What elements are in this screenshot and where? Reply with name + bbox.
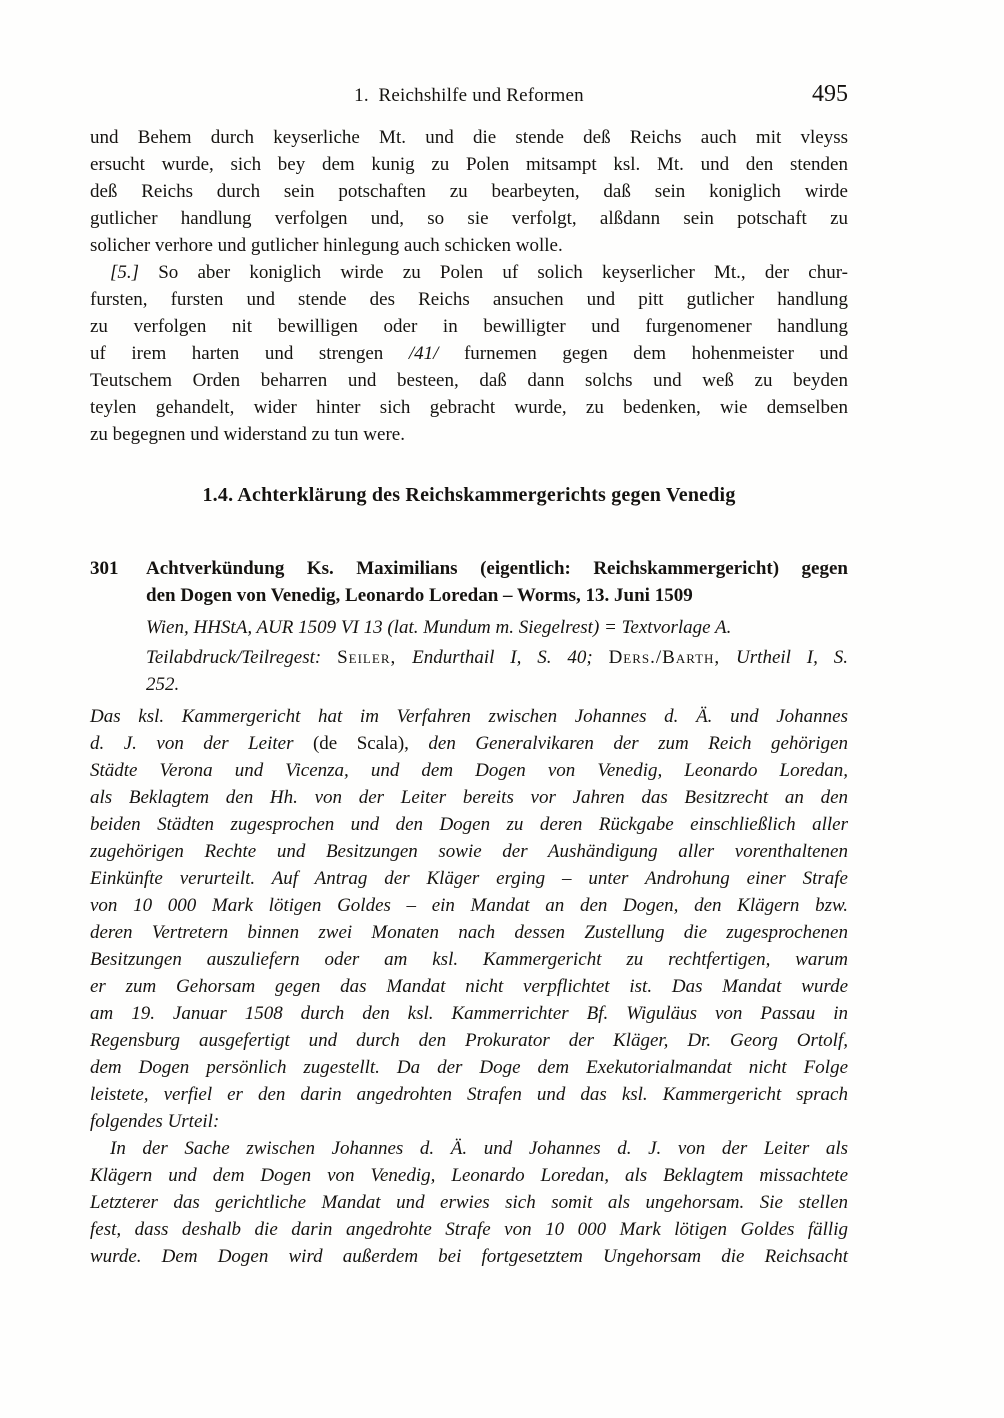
text-segment-sc: Ders./Barth, (609, 647, 721, 668)
text-line: folgendes Urteil: (90, 1108, 848, 1135)
text-segment: teylen gehandelt, wider hinter sich gebr… (90, 397, 848, 418)
text-segment: Wien, HHStA, AUR 1509 VI 13 (lat. Mundum… (146, 617, 731, 638)
text-line: am 19. Januar 1508 durch den ksl. Kammer… (90, 1000, 848, 1027)
text-segment: Achtverkündung Ks. Maximilians (eigentli… (146, 558, 848, 579)
text-segment: zugehörigen Rechte und Besitzungen sowie… (90, 841, 848, 862)
text-segment: uf irem harten und strengen (90, 343, 409, 364)
regest-paragraph: Das ksl. Kammergericht hat im Verfahren … (90, 703, 848, 1135)
text-segment: den Dogen von Venedig, Leonardo Loredan … (146, 585, 693, 606)
text-line: Letzterer das gerichtliche Mandat und er… (90, 1189, 848, 1216)
entry-number: 301 (90, 555, 119, 582)
text-segment: beiden Städten zugesprochen und den Doge… (90, 814, 848, 835)
text-segment: dem Dogen persönlich zugestellt. Da der … (90, 1057, 848, 1078)
text-line: und Behem durch keyserliche Mt. und die … (90, 124, 848, 151)
text-segment-r: (de Scala), (313, 733, 409, 754)
text-line: gutlicher handlung verfolgen und, so sie… (90, 205, 848, 232)
text-line: fursten, fursten und stende des Reichs a… (90, 286, 848, 313)
text-line: deren Vertretern binnen zwei Monaten nac… (90, 919, 848, 946)
text-segment: leistete, verfiel er den darin angedroht… (90, 1084, 848, 1105)
text-segment: den Generalvikaren der zum Reich gehörig… (409, 733, 848, 754)
running-title: 1. Reichshilfe und Reformen (90, 84, 848, 108)
text-line: Teilabdruck/Teilregest: Seiler, Endurtha… (146, 644, 848, 671)
text-segment: Regensburg ausgefertigt und durch den Pr… (90, 1030, 848, 1051)
text-segment: Urtheil I, S. (720, 647, 848, 668)
text-line: solicher verhore und gutlicher hinlegung… (90, 232, 848, 259)
text-segment: Letzterer das gerichtliche Mandat und er… (90, 1192, 848, 1213)
text-line: fest, dass deshalb die darin angedrohte … (90, 1216, 848, 1243)
text-segment: Teilabdruck/Teilregest: (146, 647, 337, 668)
text-segment: So aber koniglich wirde zu Polen uf soli… (139, 262, 848, 283)
text-line: Klägern und dem Dogen von Venedig, Leona… (90, 1162, 848, 1189)
text-segment: In der Sache zwischen Johannes d. Ä. und… (110, 1138, 848, 1159)
text-line: teylen gehandelt, wider hinter sich gebr… (90, 394, 848, 421)
text-segment: wurde. Dem Dogen wird außerdem bei fortg… (90, 1246, 848, 1267)
text-line: Besitzungen auszuliefern oder am ksl. Ka… (90, 946, 848, 973)
text-line: er zum Gehorsam gegen das Mandat nicht v… (90, 973, 848, 1000)
entry-reprint-note: Teilabdruck/Teilregest: Seiler, Endurtha… (146, 644, 848, 698)
text-segment: Einkünfte verurteilt. Auf Antrag der Klä… (90, 868, 848, 889)
entry-title: Achtverkündung Ks. Maximilians (eigentli… (146, 555, 848, 609)
text-line: zu verfolgen nit bewilligen oder in bewi… (90, 313, 848, 340)
text-segment: deren Vertretern binnen zwei Monaten nac… (90, 922, 848, 943)
text-segment: Endurthail I, S. 40; (396, 647, 608, 668)
text-segment: Teutschem Orden beharren und besteen, da… (90, 370, 848, 391)
text-segment-i: [5.] (110, 262, 139, 283)
text-line: deß Reichs durch sein potschaften zu bea… (90, 178, 848, 205)
page-header: 1. Reichshilfe und Reformen 495 (90, 84, 848, 108)
text-line: zu begegnen und widerstand zu tun were. (90, 421, 848, 448)
text-segment: er zum Gehorsam gegen das Mandat nicht v… (90, 976, 848, 997)
text-segment: Besitzungen auszuliefern oder am ksl. Ka… (90, 949, 848, 970)
body-paragraph-continuation: und Behem durch keyserliche Mt. und die … (90, 124, 848, 259)
text-line: Achtverkündung Ks. Maximilians (eigentli… (146, 555, 848, 582)
verdict-paragraph: In der Sache zwischen Johannes d. Ä. und… (90, 1135, 848, 1270)
text-line: d. J. von der Leiter (de Scala), den Gen… (90, 730, 848, 757)
text-line: Wien, HHStA, AUR 1509 VI 13 (lat. Mundum… (146, 614, 848, 641)
text-segment: als Beklagtem den Hh. von der Leiter ber… (90, 787, 848, 808)
text-line: Städte Verona und Vicenza, und dem Dogen… (90, 757, 848, 784)
text-segment: 252. (146, 674, 179, 695)
text-segment: am 19. Januar 1508 durch den ksl. Kammer… (90, 1003, 848, 1024)
text-segment: fest, dass deshalb die darin angedrohte … (90, 1219, 848, 1240)
text-line: beiden Städten zugesprochen und den Doge… (90, 811, 848, 838)
text-segment: furnemen gegen dem hohenmeister und (438, 343, 848, 364)
text-segment: gutlicher handlung verfolgen und, so sie… (90, 208, 848, 229)
text-line: den Dogen von Venedig, Leonardo Loredan … (146, 582, 848, 609)
text-segment: fursten, fursten und stende des Reichs a… (90, 289, 848, 310)
text-segment: zu verfolgen nit bewilligen oder in bewi… (90, 316, 848, 337)
text-segment: und Behem durch keyserliche Mt. und die … (90, 127, 848, 148)
text-segment: deß Reichs durch sein potschaften zu bea… (90, 181, 848, 202)
text-line: Regensburg ausgefertigt und durch den Pr… (90, 1027, 848, 1054)
entry-source-line: Wien, HHStA, AUR 1509 VI 13 (lat. Mundum… (146, 614, 848, 641)
text-line: 252. (146, 671, 848, 698)
text-segment: solicher verhore und gutlicher hinlegung… (90, 235, 563, 256)
entry-301: 301 Achtverkündung Ks. Maximilians (eige… (90, 555, 848, 698)
text-segment: von 10 000 Mark lötigen Goldes – ein Man… (90, 895, 848, 916)
text-line: In der Sache zwischen Johannes d. Ä. und… (90, 1135, 848, 1162)
text-line: zugehörigen Rechte und Besitzungen sowie… (90, 838, 848, 865)
text-line: Das ksl. Kammergericht hat im Verfahren … (90, 703, 848, 730)
text-segment: Klägern und dem Dogen von Venedig, Leona… (90, 1165, 848, 1186)
text-line: wurde. Dem Dogen wird außerdem bei fortg… (90, 1243, 848, 1270)
page-number: 495 (812, 80, 848, 108)
text-segment: Das ksl. Kammergericht hat im Verfahren … (90, 706, 848, 727)
text-line: Teutschem Orden beharren und besteen, da… (90, 367, 848, 394)
text-line: Einkünfte verurteilt. Auf Antrag der Klä… (90, 865, 848, 892)
text-line: dem Dogen persönlich zugestellt. Da der … (90, 1054, 848, 1081)
text-segment: zu begegnen und widerstand zu tun were. (90, 424, 405, 445)
text-segment: Städte Verona und Vicenza, und dem Dogen… (90, 760, 848, 781)
body-paragraph-5: [5.] So aber koniglich wirde zu Polen uf… (90, 259, 848, 448)
text-line: [5.] So aber koniglich wirde zu Polen uf… (90, 259, 848, 286)
text-line: von 10 000 Mark lötigen Goldes – ein Man… (90, 892, 848, 919)
book-page: 1. Reichshilfe und Reformen 495 und Behe… (0, 0, 1004, 1418)
section-heading: 1.4. Achterklärung des Reichskammergeric… (90, 481, 848, 509)
text-segment-sc: Seiler, (337, 647, 396, 668)
text-line: leistete, verfiel er den darin angedroht… (90, 1081, 848, 1108)
text-segment: d. J. von der Leiter (90, 733, 313, 754)
text-line: als Beklagtem den Hh. von der Leiter ber… (90, 784, 848, 811)
text-segment: folgendes Urteil: (90, 1111, 219, 1132)
text-segment: ersucht wurde, sich bey dem kunig zu Pol… (90, 154, 848, 175)
text-line: ersucht wurde, sich bey dem kunig zu Pol… (90, 151, 848, 178)
text-segment-i: /41/ (409, 343, 439, 364)
text-line: uf irem harten und strengen /41/ furneme… (90, 340, 848, 367)
